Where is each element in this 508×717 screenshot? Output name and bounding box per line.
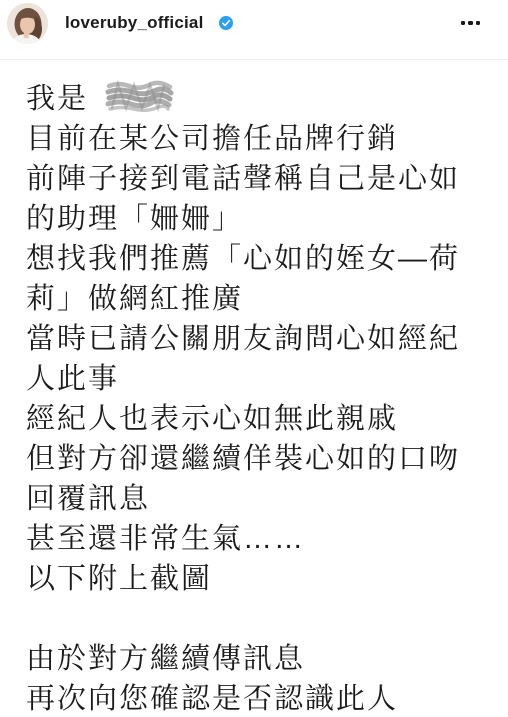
caption-line: 再次向您確認是否認識此人 — [26, 679, 498, 717]
caption-line-text: 當時已請公關朋友詢問心如經紀 — [26, 323, 460, 355]
caption-line: 以下附上截圖 — [26, 559, 498, 599]
caption-line: 的助理「姍姍」 — [26, 199, 498, 239]
caption-line-text: 的助理「姍姍」 — [26, 203, 243, 235]
caption-line-text: 經紀人也表示心如無此親戚 — [26, 403, 398, 435]
profile-photo-avatar — [7, 3, 48, 44]
caption-line: 由於對方繼續傳訊息 — [26, 639, 498, 679]
caption-line: 想找我們推薦「心如的姪女—荷 — [26, 239, 498, 279]
post-header: loveruby_official — [0, 0, 508, 60]
caption-line: 目前在某公司擔任品牌行銷 — [26, 119, 498, 159]
caption-line: 回覆訊息 — [26, 479, 498, 519]
username-link[interactable]: loveruby_official — [65, 13, 204, 33]
more-options-ellipsis-icon — [468, 21, 473, 26]
caption-line-text: 以下附上截圖 — [26, 563, 212, 595]
more-options-ellipsis-icon — [476, 21, 481, 26]
caption-line-text: 由於對方繼續傳訊息 — [26, 643, 305, 675]
caption-line-text: 人此事 — [26, 363, 119, 395]
caption-line: 甚至還非常生氣…… — [26, 519, 498, 559]
instagram-post-screen: { "window": { "width": 508, "height": 71… — [0, 0, 508, 717]
caption-line-text: 但對方卻還繼續佯裝心如的口吻 — [26, 443, 460, 475]
caption-line: 莉」做網紅推廣 — [26, 279, 498, 319]
caption-line-text: 目前在某公司擔任品牌行銷 — [26, 123, 398, 155]
caption-line-text: 再次向您確認是否認識此人 — [26, 683, 398, 715]
caption-line: 人此事 — [26, 359, 498, 399]
post-caption: 我是 目前在某公司擔任品牌行銷 前陣子接到電話聲稱自己是心如 的助理「姍姍」 想… — [26, 79, 498, 717]
caption-line: 前陣子接到電話聲稱自己是心如 — [26, 159, 498, 199]
more-options-button[interactable] — [459, 11, 483, 35]
caption-line: 當時已請公關朋友詢問心如經紀 — [26, 319, 498, 359]
caption-line: 經紀人也表示心如無此親戚 — [26, 399, 498, 439]
avatar[interactable] — [7, 3, 48, 44]
caption-line: 但對方卻還繼續佯裝心如的口吻 — [26, 439, 498, 479]
caption-line — [26, 599, 498, 639]
more-options-ellipsis-icon — [461, 21, 466, 26]
caption-line-text: 甚至還非常生氣…… — [26, 523, 305, 555]
verified-badge-icon — [219, 16, 233, 30]
caption-line-text: 莉」做網紅推廣 — [26, 283, 243, 315]
caption-line-text: 前陣子接到電話聲稱自己是心如 — [26, 163, 460, 195]
caption-line-text: 回覆訊息 — [26, 483, 150, 515]
caption-line-text: 我是 — [26, 83, 88, 115]
caption-line-text: 想找我們推薦「心如的姪女—荷 — [26, 243, 460, 275]
caption-line: 我是 — [26, 79, 498, 119]
redacted-name-scribble — [105, 80, 175, 112]
